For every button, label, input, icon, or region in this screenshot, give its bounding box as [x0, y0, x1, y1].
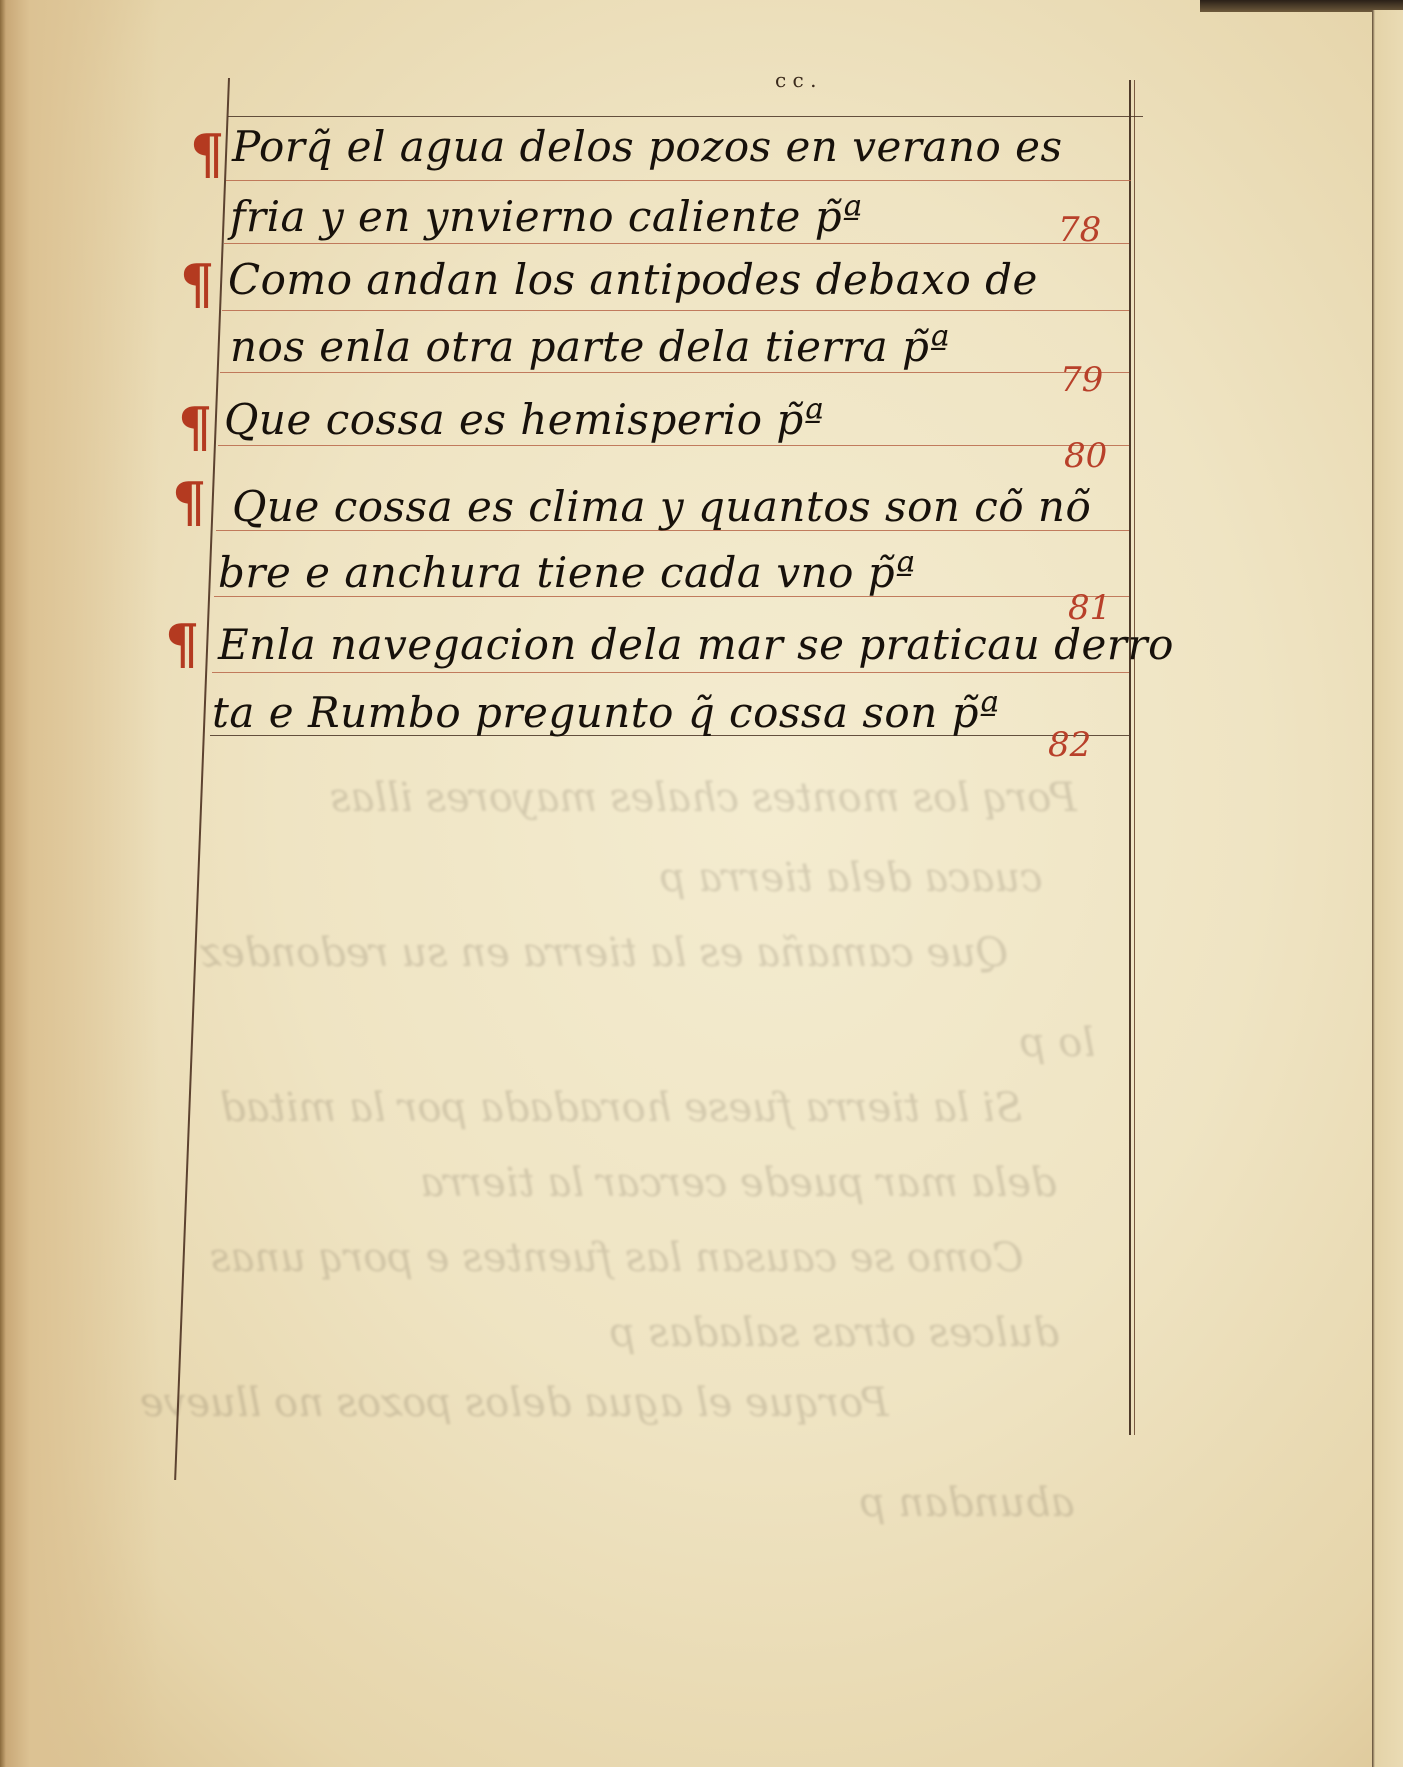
bleed-through-line: abundan p: [860, 1480, 1075, 1526]
line-ruling: [222, 310, 1129, 311]
adjacent-page-edge: [1372, 10, 1403, 1767]
right-margin-ruling: [1129, 80, 1131, 1435]
manuscript-page: Porq los montes chales mayores illas cua…: [0, 0, 1403, 1767]
line-ruling: [220, 372, 1129, 373]
bleed-through-line: cuaca dela tierra p: [660, 855, 1043, 901]
rubric-pilcrow-icon: ¶: [190, 122, 224, 186]
bleed-through-line: dela mar puede cercar la tierra: [420, 1160, 1057, 1206]
rubric-pilcrow-icon: ¶: [172, 470, 206, 534]
folio-number: 78: [1058, 210, 1101, 250]
folio-number: 82: [1048, 725, 1091, 765]
line-ruling: [212, 672, 1129, 673]
rubric-pilcrow-icon: ¶: [178, 395, 212, 459]
entry-1-line-2: fria y en ynvierno caliente p̃ª: [230, 192, 863, 241]
line-ruling: [224, 243, 1129, 244]
entry-2-line-1: Como andan los antipodes debaxo de: [228, 255, 1038, 304]
bleed-through-line: Porque el agua delos pozos no llueve: [140, 1380, 889, 1426]
entry-4-line-2: bre e anchura tiene cada vno p̃ª: [218, 548, 916, 597]
folio-number: 80: [1064, 436, 1107, 476]
page-edge-stain: [0, 0, 160, 1767]
rubric-pilcrow-icon: ¶: [165, 612, 199, 676]
entry-3-line-1: Que cossa es hemisperio p̃ª: [224, 395, 824, 444]
entry-2-line-2: nos enla otra parte dela tierra p̃ª: [230, 322, 950, 371]
bleed-through-line: Si la tierra fuese horadada por la mitad: [220, 1085, 1022, 1131]
line-ruling: [218, 445, 1129, 446]
entry-5-line-2: ta e Rumbo pregunto q̃ cossa son p̃ª: [212, 688, 999, 737]
bleed-through-line: Que camaña es la tierra en su redondez: [200, 930, 1009, 976]
folio-number: 79: [1060, 360, 1103, 400]
top-ruling: [228, 116, 1143, 117]
top-marks: c c .: [775, 68, 816, 92]
entry-1-line-1: Porq̃ el agua delos pozos en verano es: [232, 122, 1063, 171]
entry-5-line-1: Enla navegacion dela mar se praticau der…: [218, 620, 1174, 669]
right-margin-ruling-inner: [1134, 80, 1135, 1435]
entry-4-line-1: Que cossa es clima y quantos son cõ nõ: [232, 482, 1091, 531]
bleed-through-line: Como se causan las fuentes e porq unas: [210, 1235, 1023, 1281]
bleed-through-line: Porq los montes chales mayores illas: [330, 775, 1077, 821]
rubric-pilcrow-icon: ¶: [180, 252, 214, 316]
line-ruling: [226, 180, 1131, 181]
bleed-through-line: dulces otras saladas p: [610, 1310, 1059, 1356]
bleed-through-line: lo p: [1020, 1020, 1095, 1066]
